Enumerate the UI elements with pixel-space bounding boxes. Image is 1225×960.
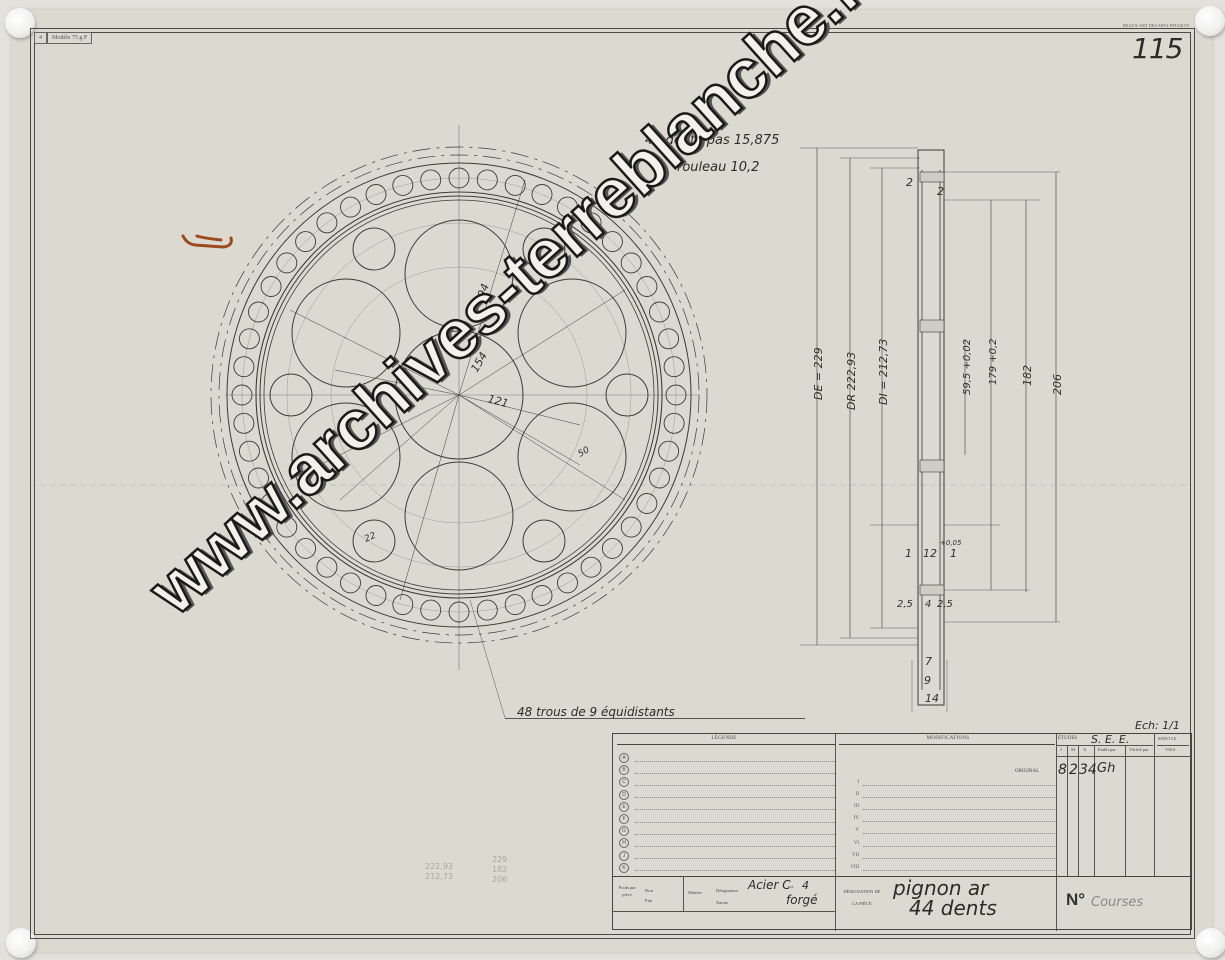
modification-index: I: [839, 780, 859, 785]
col-etabli: Etabli par: [1098, 747, 1116, 752]
legend-marker-icon: K: [619, 863, 629, 873]
col-verifie: Vérifié par: [1129, 747, 1149, 752]
legend-line: [635, 816, 835, 823]
modification-row: IV: [839, 813, 1055, 825]
legend-line: [635, 840, 835, 847]
dim-w12: 12: [923, 547, 937, 560]
material-designation-label: Désignation: [716, 885, 738, 897]
modification-index: III: [839, 804, 859, 809]
date-year: 34: [1079, 762, 1097, 778]
material-nature-label: Nature: [716, 897, 738, 909]
dim-182: 182: [1021, 365, 1034, 386]
legend-line: [635, 779, 835, 786]
legend-marker-icon: C: [619, 777, 629, 787]
modification-index: VIII: [839, 865, 859, 870]
modification-line: [863, 840, 1055, 847]
modification-line: [863, 791, 1055, 798]
date-day: 8: [1058, 762, 1067, 778]
legend-marker-icon: J: [619, 851, 629, 861]
dim-chamfer-a: 2: [906, 176, 913, 189]
legend-marker-icon: F: [619, 814, 629, 824]
title-block-bottom-row: Poids par pièce Brut Fini Matière Désign…: [613, 876, 1191, 931]
legend-line: [635, 828, 835, 835]
holes-note: 48 trous de 9 équidistants: [517, 705, 675, 719]
legend-row: H: [619, 837, 835, 849]
modification-row: I: [839, 776, 1055, 788]
modification-line: [863, 864, 1055, 871]
dim-w7: 7: [925, 655, 932, 668]
modification-line: [863, 779, 1055, 786]
legend-line: [635, 864, 835, 871]
legend-row: F: [619, 813, 835, 825]
col-year: A: [1083, 747, 1086, 752]
col-month: M: [1071, 747, 1075, 752]
legend-row: G: [619, 825, 835, 837]
dim-tol: +0,05: [940, 539, 962, 547]
service-label: SERVICE: [1158, 736, 1176, 741]
material-ext-label: ext.: [788, 884, 794, 889]
legend-row: K: [619, 862, 835, 874]
material-sub: Désignation Nature: [716, 885, 738, 909]
pencil-note-left: 222,93 212,73: [425, 862, 453, 882]
legend-row: A: [619, 752, 835, 764]
dim-w1b: 1: [950, 547, 957, 560]
dim-t25a: 2,5: [897, 599, 913, 610]
dim-w1: 1: [905, 547, 912, 560]
modification-line: [863, 827, 1055, 834]
modification-index: IV: [839, 816, 859, 821]
modifications-title: MODIFICATIONS: [839, 736, 1057, 741]
legend-line: [635, 767, 835, 774]
modification-row: VII: [839, 849, 1055, 861]
dim-50: 50: [577, 445, 592, 460]
dim-22: 22: [363, 531, 378, 545]
modification-line: [863, 852, 1055, 859]
dim-w14: 14: [925, 692, 939, 705]
date-month: 2: [1069, 762, 1078, 778]
material-nature-value: forgé: [786, 893, 818, 907]
modification-row: VIII: [839, 861, 1055, 873]
modification-row: III: [839, 800, 1055, 812]
legend-marker-icon: H: [619, 838, 629, 848]
etudes-label: ÉTUDES: [1058, 736, 1077, 741]
modification-index: VI: [839, 841, 859, 846]
material-grade: 4: [802, 879, 809, 892]
legend-line: [635, 755, 835, 762]
col-day: J: [1060, 747, 1062, 752]
dim-t25b: 2,5: [937, 599, 953, 610]
original-label: ORIGINAL: [1015, 769, 1039, 774]
dim-w9: 9: [924, 674, 931, 687]
modification-line: [863, 803, 1055, 810]
dim-hub: 179 +0,2: [988, 338, 999, 385]
legend-row: C: [619, 776, 835, 788]
title-block: LÉGENDE MODIFICATIONS ABCDEFGHJK IIIIIII…: [612, 733, 1192, 930]
legend-marker-icon: B: [619, 765, 629, 775]
legend-line: [635, 852, 835, 859]
dim-dr: DR 222,93: [845, 352, 858, 410]
legend-title: LÉGENDE: [613, 736, 835, 741]
weight-brut-label: Brut: [645, 886, 653, 896]
dim-di: DI = 212,73: [877, 339, 890, 405]
modification-index: V: [839, 828, 859, 833]
modification-row: VI: [839, 837, 1055, 849]
legend-row: E: [619, 801, 835, 813]
modification-index: VII: [839, 853, 859, 858]
legend-row: J: [619, 850, 835, 862]
holes-note-underline: [505, 718, 805, 719]
legend-marker-icon: E: [619, 802, 629, 812]
legend-row: B: [619, 764, 835, 776]
weight-fini-label: Fini: [645, 896, 653, 906]
legend-line: [635, 803, 835, 810]
part-name-line-2: 44 dents: [909, 896, 997, 920]
modification-index: II: [839, 792, 859, 797]
legend-row: D: [619, 789, 835, 801]
weight-label: Poids par pièce: [617, 884, 637, 898]
material-label: Matière: [688, 890, 702, 895]
modification-line: [863, 815, 1055, 822]
modification-row: V: [839, 825, 1055, 837]
legend-marker-icon: D: [619, 790, 629, 800]
weight-sub: Brut Fini: [645, 886, 653, 906]
number-value: Courses: [1091, 895, 1143, 910]
part-designation-label: DÉSIGNATION DE LA PIÈCE: [842, 886, 882, 910]
pencil-note-right: 229 182 206: [492, 855, 507, 885]
material-designation-value: Acier C: [748, 878, 791, 892]
legend-marker-icon: G: [619, 826, 629, 836]
col-visa: VISA: [1165, 747, 1176, 752]
modification-row: II: [839, 788, 1055, 800]
dim-de: DE = 229: [812, 347, 825, 400]
signature: Gh: [1097, 761, 1115, 776]
legend-marker-icon: A: [619, 753, 629, 763]
dim-chamfer-b: 2: [937, 185, 944, 198]
legend-line: [635, 791, 835, 798]
dim-t4: 4: [925, 599, 931, 610]
number-label: N°: [1066, 890, 1085, 910]
dim-bore: 59,5 +0,02: [962, 339, 973, 395]
scale-label: Ech: 1/1: [1135, 719, 1180, 732]
dim-206: 206: [1051, 374, 1064, 395]
